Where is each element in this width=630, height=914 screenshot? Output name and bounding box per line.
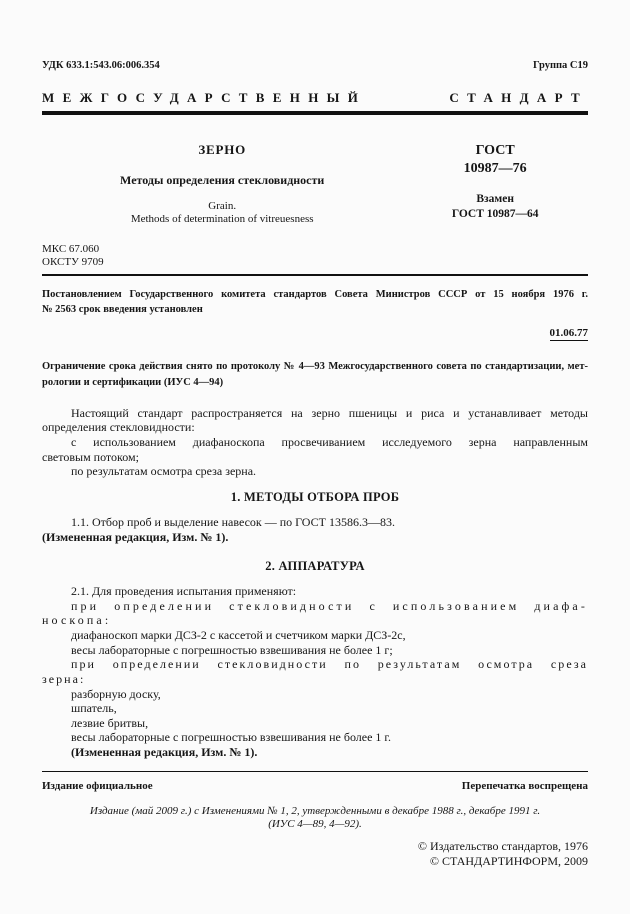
group-code: Группа С19 <box>533 60 588 72</box>
apparatus-item: диафаноскоп марки ДСЗ-2 с кассетой и сче… <box>42 628 588 643</box>
edition-note: Издание (май 2009 г.) с Изменениями № 1,… <box>42 805 588 831</box>
edition-note-line1: Издание (май 2009 г.) с Изменениями № 1,… <box>42 805 588 818</box>
reprint-prohibited-label: Перепечатка воспрещена <box>462 780 588 792</box>
designation-number: 10987—76 <box>402 160 588 178</box>
spaced-line-cut-1: при определении стекловидности по резуль… <box>42 657 588 672</box>
decree-line-2: № 2563 срок введения установлен <box>42 302 588 317</box>
clause-1-1: 1.1. Отбор проб и выделение навесок — по… <box>42 515 588 530</box>
title-subject: ЗЕРНО <box>42 142 402 158</box>
replaces-number: ГОСТ 10987—64 <box>402 207 588 222</box>
scope-p2-line2: световым потоком; <box>42 450 588 465</box>
standard-type-banner: МЕЖГОСУДАРСТВЕННЫЙ СТАНДАРТ <box>42 91 588 105</box>
restriction-line-1: Ограничение срока действия снято по прот… <box>42 359 588 374</box>
copyright-line-2009: © СТАНДАРТИНФОРМ, 2009 <box>42 854 588 870</box>
scope-p2-line1: с использованием диафаноскопа просвечива… <box>42 435 588 450</box>
replaces-label: Взамен <box>402 192 588 207</box>
copyright-line-1976: © Издательство стандартов, 1976 <box>42 839 588 855</box>
section2-body: 2.1. Для проведения испытания применяют:… <box>42 584 588 760</box>
scope-section: Настоящий стандарт распространяется на з… <box>42 406 588 479</box>
spaced-line-cut-2: зерна: <box>42 672 588 687</box>
footer-rule <box>42 771 588 773</box>
apparatus-item: весы лабораторные с погрешностью взвешив… <box>42 643 588 658</box>
copyright-block: © Издательство стандартов, 1976 © СТАНДА… <box>42 839 588 870</box>
designation-label: ГОСТ <box>402 142 588 160</box>
mks-code: МКС 67.060 <box>42 243 588 256</box>
title-block: ЗЕРНО Методы определения стекловидности … <box>42 142 588 226</box>
scope-p3: по результатам осмотра среза зерна. <box>42 464 588 479</box>
clause-2-1: 2.1. Для проведения испытания применяют: <box>42 584 588 599</box>
decree-line-1: Постановлением Государственного комитета… <box>42 287 588 302</box>
edition-note-line2: (ИУС 4—89, 4—92). <box>42 818 588 831</box>
footer-row: Издание официальное Перепечатка воспреще… <box>42 780 588 792</box>
designation-column: ГОСТ 10987—76 Взамен ГОСТ 10987—64 <box>402 142 588 226</box>
spaced-line-diaphanoscope-2: носкопа: <box>42 613 588 628</box>
title-subtitle-en: Methods of determination of vitreuesness <box>42 213 402 226</box>
meta-row: УДК 633.1:543.06:006.354 Группа С19 <box>42 60 588 72</box>
title-left-column: ЗЕРНО Методы определения стекловидности … <box>42 142 402 226</box>
section1-heading: 1. МЕТОДЫ ОТБОРА ПРОБ <box>42 490 588 505</box>
section2-heading: 2. АППАРАТУРА <box>42 559 588 574</box>
official-edition-label: Издание официальное <box>42 780 153 792</box>
section1-amendment: (Измененная редакция, Изм. № 1). <box>42 530 588 545</box>
classification-codes: МКС 67.060 ОКСТУ 9709 <box>42 243 588 269</box>
scope-p1-line1: Настоящий стандарт распространяется на з… <box>42 406 588 421</box>
apparatus-item: шпатель, <box>42 701 588 716</box>
restriction-note: Ограничение срока действия снято по прот… <box>42 359 588 389</box>
apparatus-item: разборную доску, <box>42 687 588 702</box>
decree-paragraph: Постановлением Государственного комитета… <box>42 287 588 317</box>
effective-date: 01.06.77 <box>42 327 588 341</box>
header-rule <box>42 111 588 115</box>
restriction-line-2: рологии и сертификации (ИУС 4—94) <box>42 375 588 390</box>
codes-rule <box>42 274 588 276</box>
title-subtitle: Методы определения стекловидности <box>42 173 402 188</box>
spaced-line-diaphanoscope-1: при определении стекловидности с использ… <box>42 599 588 614</box>
scope-p1-line2: определения стекловидности: <box>42 420 588 435</box>
document-page: УДК 633.1:543.06:006.354 Группа С19 МЕЖГ… <box>0 0 630 914</box>
udk-code: УДК 633.1:543.06:006.354 <box>42 60 160 72</box>
section1-body: 1.1. Отбор проб и выделение навесок — по… <box>42 515 588 544</box>
apparatus-item: лезвие бритвы, <box>42 716 588 731</box>
section2-amendment: (Измененная редакция, Изм. № 1). <box>42 745 588 760</box>
okstu-code: ОКСТУ 9709 <box>42 256 588 269</box>
title-subject-en: Grain. <box>42 200 402 213</box>
apparatus-item: весы лабораторные с погрешностью взвешив… <box>42 730 588 745</box>
